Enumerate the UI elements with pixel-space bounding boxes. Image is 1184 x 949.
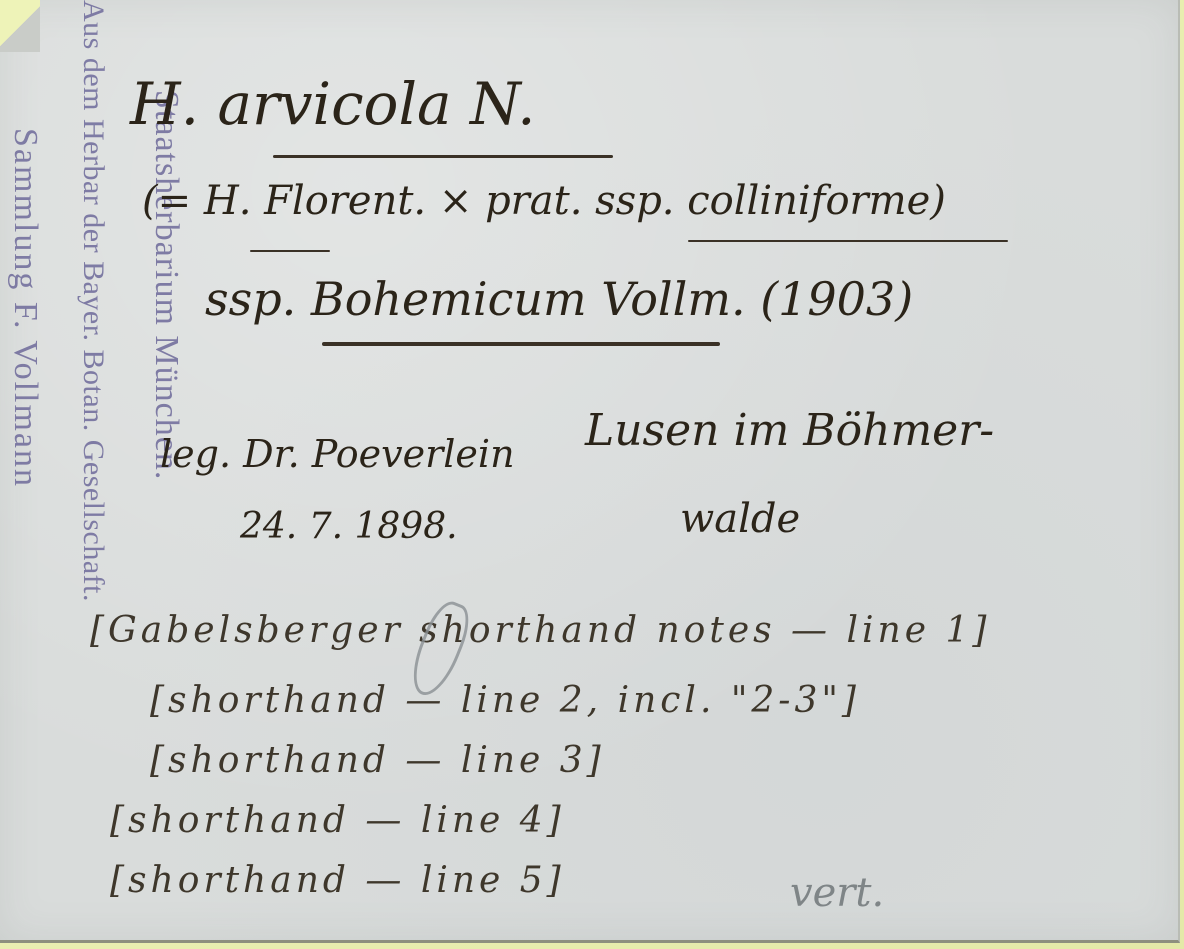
taxon-underline: [273, 155, 613, 158]
shorthand-line-1: [Gabelsberger shorthand notes — line 1]: [90, 610, 990, 651]
folded-corner: [0, 0, 40, 52]
specimen-label: Staatsherbarium München. Aus dem Herbar …: [0, 0, 1180, 943]
stamp-collection: Sammlung F. Vollmann: [6, 128, 44, 488]
collector-prefix: leg.: [160, 432, 231, 476]
shorthand-line-4: [shorthand — line 4]: [110, 800, 565, 841]
shorthand-line-3: [shorthand — line 3]: [150, 740, 605, 781]
locality-line-2: walde: [680, 496, 800, 542]
taxon-name: H. arvicola N.: [130, 70, 536, 138]
subspecies-name: ssp. Bohemicum Vollm. (1903): [205, 272, 913, 326]
synonym: (= H. Florent. × prat. ssp. colliniforme…: [142, 178, 946, 224]
shorthand-line-2: [shorthand — line 2, incl. "2-3"]: [150, 680, 860, 721]
locality-line-1: Lusen im Böhmer-: [585, 405, 994, 456]
stamp-institution: Staatsherbarium München.: [147, 90, 185, 480]
stamp-herbarium-origin: Aus dem Herbar der Bayer. Botan. Gesells…: [76, 0, 110, 602]
shorthand-line-5: [shorthand — line 5]: [110, 860, 565, 901]
collector-name: Dr. Poeverlein: [243, 432, 514, 476]
synonym-underline-2: [688, 240, 1008, 242]
collector: leg. Dr. Poeverlein: [160, 432, 515, 476]
subspecies-underline: [322, 342, 720, 346]
synonym-underline-1: [250, 250, 330, 252]
pencil-note-vert: vert.: [790, 870, 884, 916]
collection-date: 24. 7. 1898.: [240, 506, 458, 547]
